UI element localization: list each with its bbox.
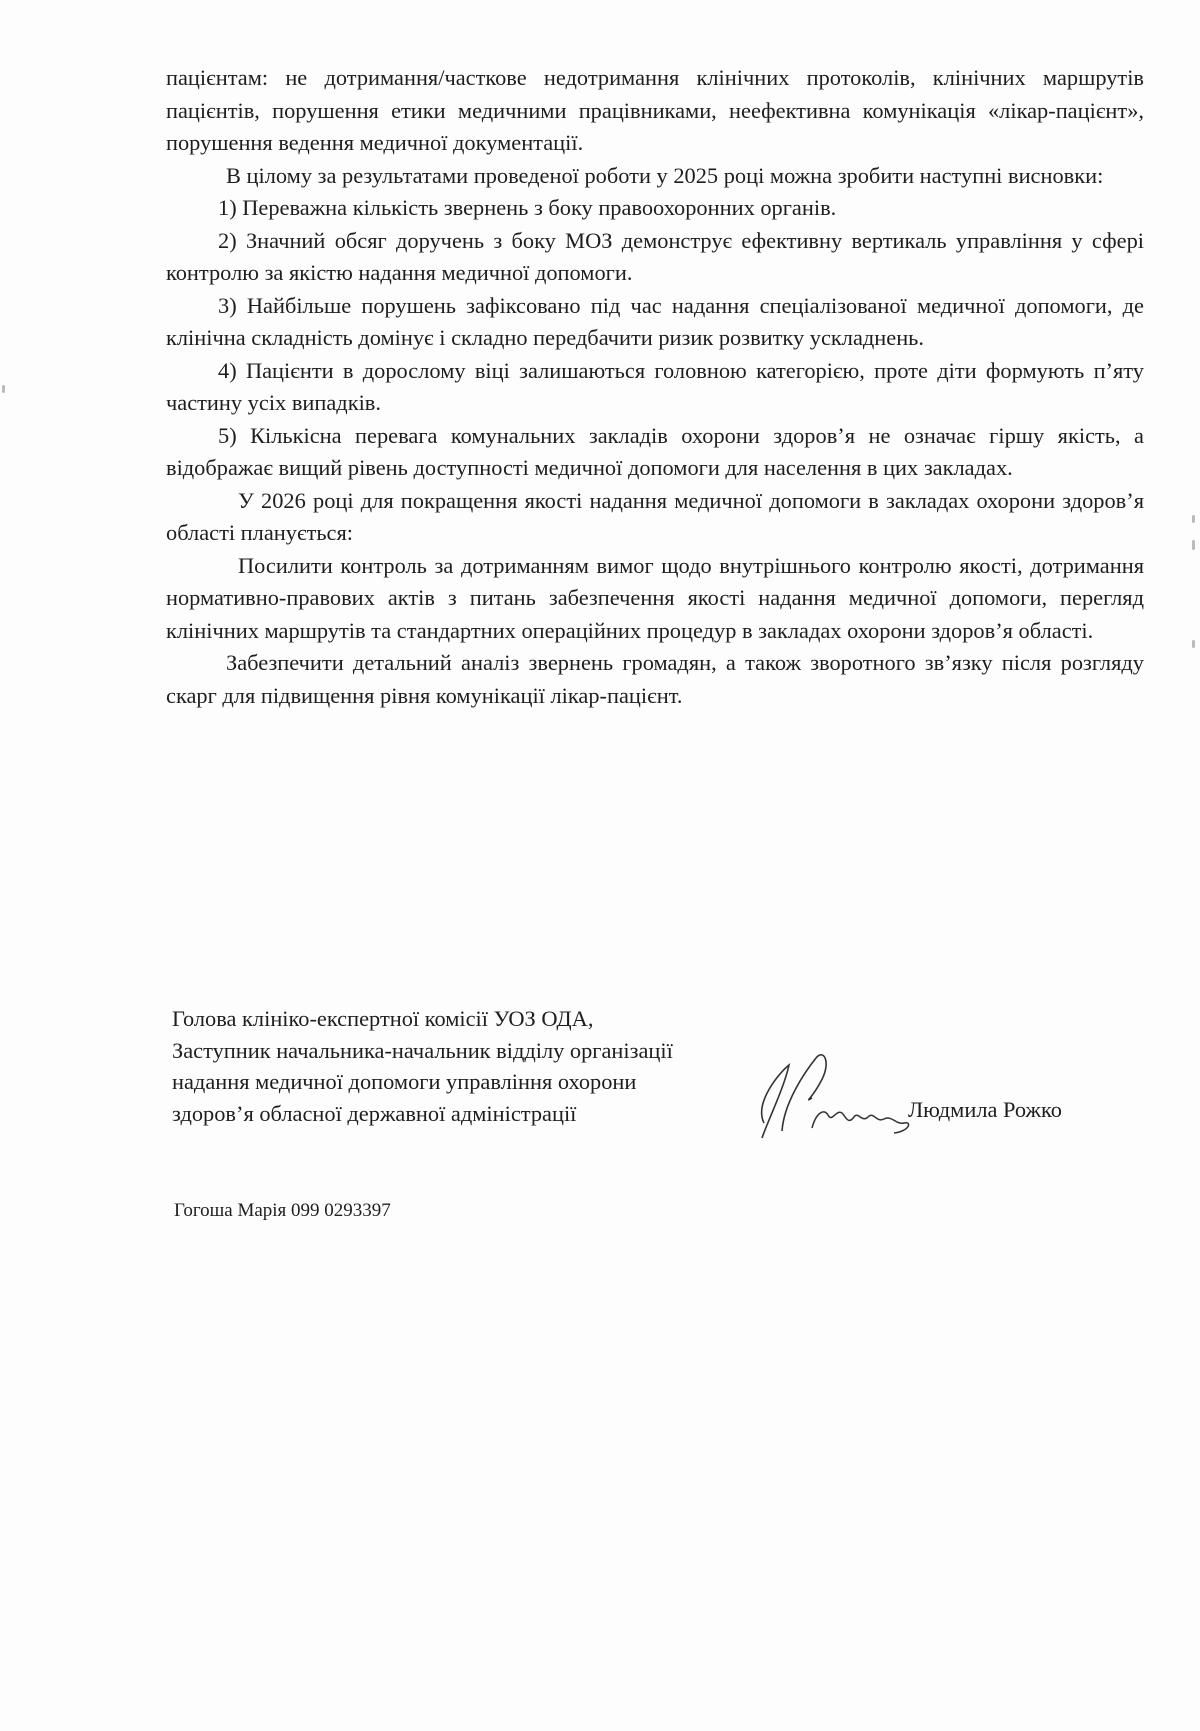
scan-edge-mark (1192, 515, 1195, 523)
signature-block: Голова клініко-експертної комісії УОЗ ОД… (172, 1003, 1132, 1129)
document-body: пацієнтам: не дотримання/часткове недотр… (166, 62, 1144, 712)
paragraph-plan-intro: У 2026 році для покращення якості наданн… (166, 485, 1144, 550)
conclusion-item-1: 1) Переважна кількість звернень з боку п… (166, 192, 1144, 225)
scan-edge-mark (1192, 640, 1195, 648)
position-line: Голова клініко-експертної комісії УОЗ ОД… (172, 1003, 1132, 1035)
scan-edge-mark (2, 385, 5, 393)
position-line: надання медичної допомоги управління охо… (172, 1066, 1132, 1098)
contact-info: Гогоша Марія 099 0293397 (174, 1200, 391, 1222)
paragraph-conclusions-intro: В цілому за результатами проведеної робо… (166, 160, 1144, 193)
conclusion-item-3: 3) Найбільше порушень зафіксовано під ча… (166, 290, 1144, 355)
scan-edge-mark (1192, 540, 1195, 550)
handwritten-signature-icon (724, 1043, 924, 1153)
conclusion-item-5: 5) Кількісна перевага комунальних заклад… (166, 420, 1144, 485)
position-line: Заступник начальника-начальник відділу о… (172, 1035, 1132, 1067)
plan-item-2: Забезпечити детальний аналіз звернень гр… (166, 647, 1144, 712)
plan-item-1: Посилити контроль за дотриманням вимог щ… (166, 550, 1144, 648)
conclusion-item-2: 2) Значний обсяг доручень з боку МОЗ дем… (166, 225, 1144, 290)
signatory-name: Людмила Рожко (908, 1097, 1062, 1123)
paragraph-intro: пацієнтам: не дотримання/часткове недотр… (166, 62, 1144, 160)
conclusion-item-4: 4) Пацієнти в дорослому віці залишаються… (166, 355, 1144, 420)
